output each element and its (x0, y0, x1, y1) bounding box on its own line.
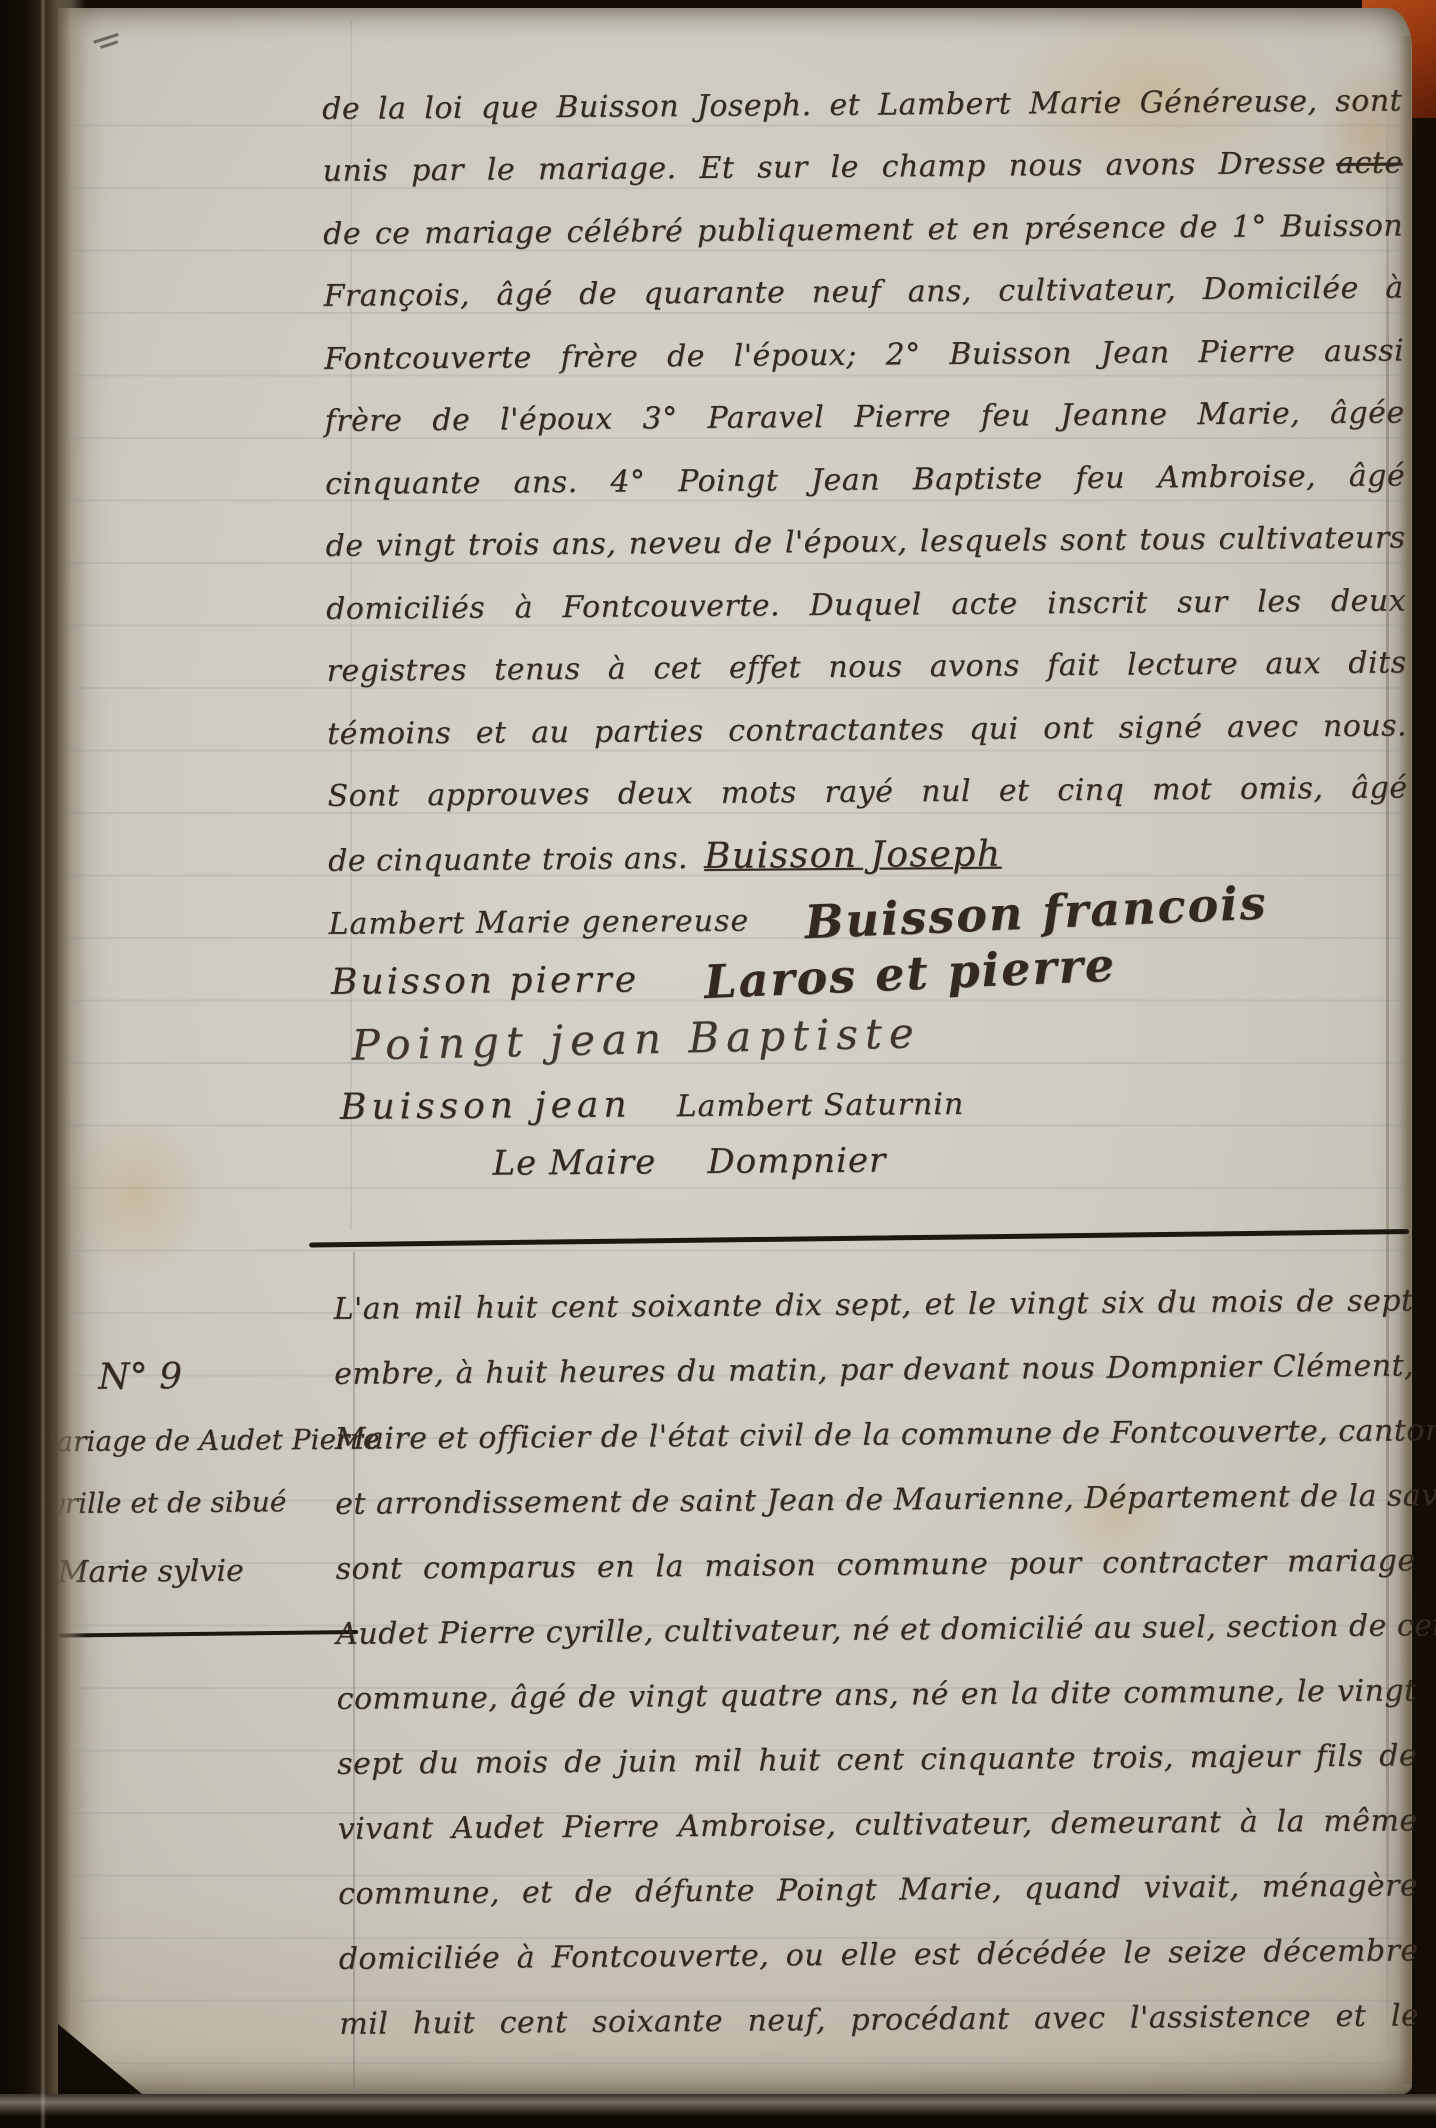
signature-row: Buisson jean Lambert Saturnin (340, 1082, 964, 1128)
act1-line: unis par le mariage. Et sur le champ nou… (322, 132, 1402, 202)
act1-line: de vingt trois ans, neveu de l'époux, le… (325, 507, 1405, 577)
act2-line: et arrondissement de saint Jean de Mauri… (335, 1465, 1415, 1535)
act2-line: domiciliée à Fontcouverte, ou elle est d… (338, 1920, 1418, 1990)
act1-line-text: unis par le mariage. Et sur le champ nou… (323, 146, 1327, 189)
signature-buisson-pierre: Buisson pierre (331, 959, 639, 1002)
signature-lambert-marie: Lambert Marie genereuse (328, 904, 749, 942)
act1-line: domiciliés à Fontcouverte. Duquel acte i… (326, 570, 1406, 640)
act2-line: sont comparus en la maison commune pour … (335, 1530, 1415, 1600)
act2-line: embre, à huit heures du matin, par devan… (334, 1335, 1414, 1405)
act2-line: commune, et de défunte Poingt Marie, qua… (338, 1855, 1418, 1925)
act1-line: de la loi que Buisson Joseph. et Lambert… (322, 70, 1402, 140)
signature-laros-et-pierre: Laros et pierre (703, 938, 1117, 1010)
margin-note-line: cyrille et de sibué (33, 1485, 286, 1520)
act2-line: sept du mois de juin mil huit cent cinqu… (337, 1725, 1417, 1795)
margin-note-line: Marie sylvie (58, 1554, 244, 1590)
act1-line: témoins et au parties contractantes qui … (327, 695, 1407, 765)
margin-note-underline (28, 1630, 358, 1638)
act2-line: commune, âgé de vingt quatre ans, né en … (336, 1660, 1416, 1730)
struck-word: acte (1336, 145, 1403, 181)
act2-line: vivant Audet Pierre Ambroise, cultivateu… (337, 1790, 1417, 1860)
signature-poingt-jean-baptiste: Poingt jean Baptiste (351, 1008, 921, 1069)
act1-line: Fontcouverte frère de l'époux; 2° Buisso… (324, 320, 1404, 390)
signature-lambert-saturnin: Lambert Saturnin (677, 1087, 965, 1124)
signature-row: Le Maire Dompnier (492, 1141, 886, 1184)
page-content: de la loi que Buisson Joseph. et Lambert… (0, 0, 1436, 2128)
signature-row: Lambert Marie genereuse Buisson francois (328, 884, 1267, 945)
act-divider-line (309, 1229, 1409, 1247)
signature-buisson-joseph: Buisson Joseph (704, 834, 1002, 877)
signature-row: Poingt jean Baptiste (351, 1012, 921, 1065)
margin-note-line: Mariage de Audet Pierre (28, 1423, 380, 1459)
act1-line: François, âgé de quarante neuf ans, cult… (323, 257, 1403, 327)
signature-dompnier: Dompnier (707, 1141, 886, 1182)
act1-line-text: de cinquante trois ans. (328, 841, 688, 879)
mayor-title: Le Maire (492, 1142, 656, 1183)
act2-line: Audet Pierre cyrille, cultivateur, né et… (336, 1595, 1416, 1665)
act1-line: frère de l'époux 3° Paravel Pierre feu J… (324, 382, 1404, 452)
act2-line: L'an mil huit cent soixante dix sept, et… (333, 1270, 1413, 1340)
signature-row: Buisson pierre Laros et pierre (331, 945, 1117, 1005)
margin-act-number: N° 9 (98, 1356, 182, 1398)
act1-line: Sont approuves deux mots rayé nul et cin… (327, 757, 1407, 827)
act1-line: de ce mariage célébré publiquement et en… (323, 195, 1403, 265)
signature-buisson-francois: Buisson francois (803, 875, 1268, 949)
act2-line: Maire et officier de l'état civil de la … (334, 1400, 1414, 1470)
act2-line: mil huit cent soixante neuf, procédant a… (339, 1985, 1419, 2055)
signature-buisson-jean: Buisson jean (340, 1085, 632, 1128)
act1-line: cinquante ans. 4° Poingt Jean Baptiste f… (325, 445, 1405, 515)
act1-line: registres tenus à cet effet nous avons f… (326, 632, 1406, 702)
